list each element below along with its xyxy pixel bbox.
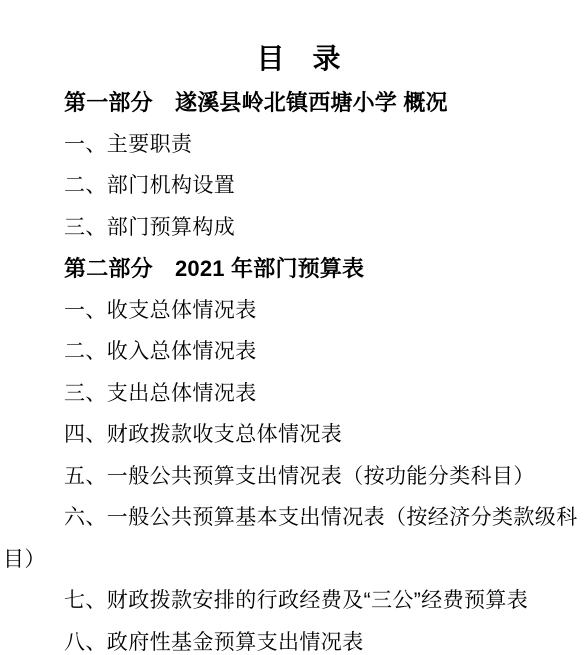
toc-item: 七、财政拨款安排的行政经费及“三公”经费预算表 [3,580,585,622]
toc-item: 四、财政拨款收支总体情况表 [3,414,585,456]
toc-item: 六、一般公共预算基本支出情况表（按经济分类款级科目） [3,497,585,580]
toc-item: 一、收支总体情况表 [3,290,585,332]
document-page: 目 录 第一部分 遂溪县岭北镇西塘小学 概况 一、主要职责 二、部门机构设置 三… [0,0,587,655]
toc-item: 三、部门预算构成 [3,207,585,249]
toc-section-1-heading: 第一部分 遂溪县岭北镇西塘小学 概况 [3,82,585,124]
toc-item: 二、收入总体情况表 [3,331,585,373]
table-of-contents: 第一部分 遂溪县岭北镇西塘小学 概况 一、主要职责 二、部门机构设置 三、部门预… [3,82,585,655]
toc-item: 三、支出总体情况表 [3,373,585,415]
toc-item: 五、一般公共预算支出情况表（按功能分类科目） [3,456,585,498]
toc-item: 八、政府性基金预算支出情况表 [3,622,585,655]
page-title: 目 录 [0,36,587,82]
toc-section-2-heading: 第二部分 2021 年部门预算表 [3,248,585,290]
toc-item: 二、部门机构设置 [3,165,585,207]
toc-item: 一、主要职责 [3,124,585,166]
